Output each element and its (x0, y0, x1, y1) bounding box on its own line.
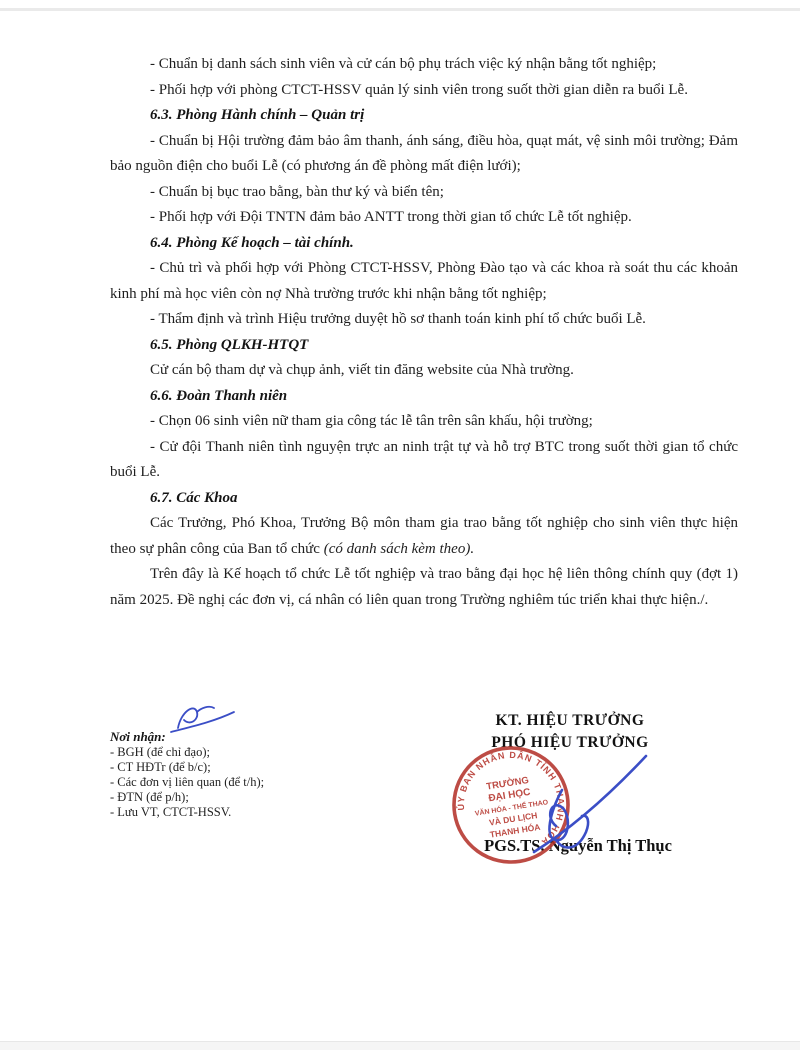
paragraph: - Cử đội Thanh niên tình nguyện trực an … (110, 435, 738, 486)
section-heading: 6.6. Đoàn Thanh niên (110, 384, 738, 410)
document-body: - Chuẩn bị danh sách sinh viên và cử cán… (110, 52, 738, 613)
paragraph: - Chuẩn bị bục trao bằng, bàn thư ký và … (110, 180, 738, 206)
recipient-item: - Lưu VT, CTCT-HSSV. (110, 805, 340, 820)
section-heading: 6.7. Các Khoa (110, 486, 738, 512)
page-bottom-separator (0, 1041, 800, 1050)
recipient-item: - ĐTN (để p/h); (110, 790, 340, 805)
section-heading: 6.4. Phòng Kế hoạch – tài chính. (110, 231, 738, 257)
paragraph-italic-note: (có danh sách kèm theo). (324, 541, 474, 557)
paragraph: - Phối hợp với Đội TNTN đảm bảo ANTT tro… (110, 205, 738, 231)
signer-title-acting: KT. HIỆU TRƯỞNG (438, 710, 702, 732)
recipients-block: Nơi nhận: - BGH (để chỉ đạo); - CT HĐTr … (110, 729, 340, 820)
section-heading: 6.5. Phòng QLKH-HTQT (110, 333, 738, 359)
paragraph: Các Trưởng, Phó Khoa, Trưởng Bộ môn tham… (110, 511, 738, 562)
handwritten-signature (498, 746, 658, 864)
page-top-separator (0, 8, 800, 11)
paragraph: - Chuẩn bị Hội trường đảm bảo âm thanh, … (110, 129, 738, 180)
section-heading: 6.3. Phòng Hành chính – Quản trị (110, 103, 738, 129)
paragraph: - Chuẩn bị danh sách sinh viên và cử cán… (110, 52, 738, 78)
scanned-document-page: - Chuẩn bị danh sách sinh viên và cử cán… (0, 0, 800, 1050)
recipients-label: Nơi nhận: (110, 729, 340, 745)
paragraph: Trên đây là Kế hoạch tổ chức Lễ tốt nghi… (110, 562, 738, 613)
recipient-item: - BGH (để chỉ đạo); (110, 745, 340, 760)
recipient-item: - Các đơn vị liên quan (để t/h); (110, 775, 340, 790)
paragraph: - Chủ trì và phối hợp với Phòng CTCT-HSS… (110, 256, 738, 307)
paragraph: - Phối hợp với phòng CTCT-HSSV quản lý s… (110, 78, 738, 104)
paragraph: - Thẩm định và trình Hiệu trưởng duyệt h… (110, 307, 738, 333)
paragraph: Cử cán bộ tham dự và chụp ảnh, viết tin … (110, 358, 738, 384)
recipient-item: - CT HĐTr (để b/c); (110, 760, 340, 775)
paragraph: - Chọn 06 sinh viên nữ tham gia công tác… (110, 409, 738, 435)
